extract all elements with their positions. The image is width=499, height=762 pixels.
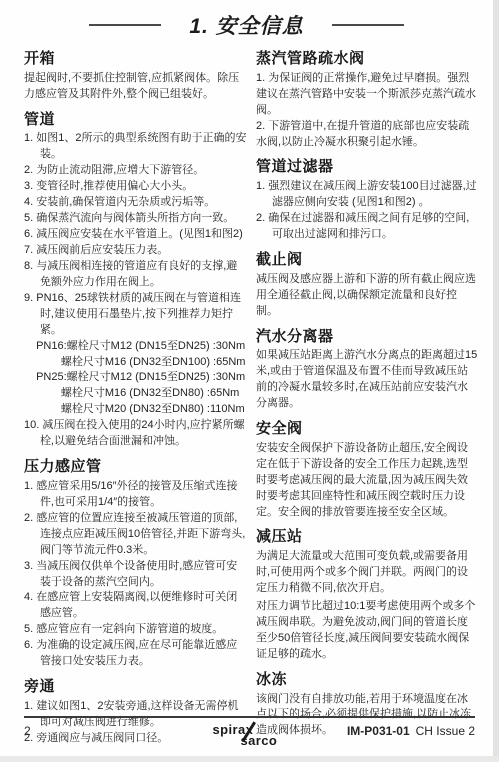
list-item: 8. 与减压阀相连接的管道应有良好的支撑,避免额外应力作用在阀上。 — [24, 259, 247, 291]
list-item: 2. 下游管道中,在提升管道的底部也应安装疏水阀,以防止冷凝水积聚引起水锤。 — [256, 119, 479, 151]
section-heading-steam-trap: 蒸汽管路疏水阀 — [256, 50, 479, 69]
section-heading-stop-valve: 截止阀 — [256, 251, 479, 270]
logo-text-sarco: sarco — [241, 734, 278, 747]
title-rule-right — [332, 24, 404, 26]
torque-spec-line: PN25:螺栓尺寸M12 (DN15至DN25) :30Nm — [24, 370, 247, 386]
right-column: 蒸汽管路疏水阀 1. 为保证阀的正常操作,避免过早磨损。强烈建议在蒸汽管路中安装… — [256, 44, 479, 747]
list-item: 4. 在感应管上安装隔离阀,以便维修时可关闭感应管。 — [24, 590, 247, 622]
paragraph: 提起阀时,不要抓住控制管,应抓紧阀体。除压力感应管及其附件外,整个阀已组装好。 — [24, 71, 247, 103]
list-item: 1. 感应管采用5/16″外径的接管及压缩式连接件,也可采用1/4″的接管。 — [24, 479, 247, 511]
list-item: 3. 当减压阀仅供单个设备使用时,感应管可安装于设备的蒸汽空间内。 — [24, 559, 247, 591]
section-heading-reducing-station: 减压站 — [256, 528, 479, 547]
paragraph: 减压阀及感应器上游和下游的所有截止阀应选用全通径截止阀,以确保额定流量和良好控制… — [256, 272, 479, 320]
list-item: 9. PN16、25球铁材质的减压阀在与管道相连时,建议使用石墨垫片,按下列推荐… — [24, 291, 247, 339]
list-item: 2. 感应管的位置应连接至被减压管道的顶部,连接点应距减压阀10倍管径,并距下游… — [24, 511, 247, 559]
list-item: 5. 感应管应有一定斜向下游管道的坡度。 — [24, 622, 247, 638]
list-item: 5. 确保蒸汽流向与阀体箭头所指方向一致。 — [24, 211, 247, 227]
section-heading-piping: 管道 — [24, 111, 247, 130]
issue-label: CH Issue 2 — [416, 724, 475, 738]
list-item: 7. 减压阀前后应安装压力表。 — [24, 243, 247, 259]
scan-edge — [493, 0, 499, 762]
paragraph: 对压力调节比超过10:1要考虑使用两个或多个减压阀串联。为避免波动,阀门间的管道… — [256, 599, 479, 663]
spirax-sarco-logo: spirax sarco — [213, 722, 287, 748]
paragraph: 安装安全阀保护下游设备防止超压,安全阀设定在低于下游设备的安全工作压力起跳,选型… — [256, 441, 479, 521]
title-row: 1. 安全信息 — [0, 10, 493, 40]
list-item: 6. 为准确的设定减压阀,应在尽可能靠近感应管接口处安装压力表。 — [24, 638, 247, 670]
section-heading-strainer: 管道过滤器 — [256, 158, 479, 177]
section-heading-sensing-pipe: 压力感应管 — [24, 458, 247, 477]
list-item: 10. 减压阀在投入使用的24小时内,应拧紧所螺栓,以避免结合面泄漏和冲蚀。 — [24, 418, 247, 450]
torque-spec-line: PN16:螺栓尺寸M12 (DN15至DN25) :30Nm — [24, 339, 247, 355]
list-item: 6. 减压阀应安装在水平管道上。(见图1和图2) — [24, 227, 247, 243]
title-rule-left — [89, 24, 161, 26]
page-footer: 2 spirax sarco IM-P031-01CH Issue 2 — [24, 716, 475, 738]
list-item: 1. 如图1、2所示的典型系统图有助于正确的安装。 — [24, 131, 247, 163]
list-item: 2. 确保在过滤器和减压阀之间有足够的空间,可取出过滤网和排污口。 — [256, 211, 479, 243]
list-item: 4. 安装前,确保管道内无杂质或污垢等。 — [24, 195, 247, 211]
list-item: 2. 为防止流动阻滞,应增大下游管径。 — [24, 163, 247, 179]
torque-spec-line: 螺栓尺寸M20 (DN32至DN80) :110Nm — [24, 402, 247, 418]
paragraph: 如果减压站距离上游汽水分离点的距离超过15米,或由于管道保温及布置不佳而导致减压… — [256, 348, 479, 412]
doc-reference-code: IM-P031-01 — [347, 724, 410, 738]
section-heading-unpacking: 开箱 — [24, 50, 247, 69]
paragraph: 为满足大流量或大范围可变负载,或需要备用时,可使用两个或多个阀门并联。两阀门的设… — [256, 549, 479, 597]
left-column: 开箱 提起阀时,不要抓住控制管,应抓紧阀体。除压力感应管及其附件外,整个阀已组装… — [24, 44, 247, 747]
scan-edge — [0, 756, 499, 762]
list-item: 3. 变管径时,推荐使用偏心大小头。 — [24, 179, 247, 195]
list-item: 1. 为保证阀的正常操作,避免过早磨损。强烈建议在蒸汽管路中安装一个斯派莎克蒸汽… — [256, 71, 479, 119]
document-page: 1. 安全信息 开箱 提起阀时,不要抓住控制管,应抓紧阀体。除压力感应管及其附件… — [0, 0, 493, 756]
section-heading-separator: 汽水分离器 — [256, 328, 479, 347]
section-heading-bypass: 旁通 — [24, 678, 247, 697]
section-heading-freezing: 冰冻 — [256, 671, 479, 690]
section-heading-safety-valve: 安全阀 — [256, 420, 479, 439]
doc-reference: IM-P031-01CH Issue 2 — [347, 724, 475, 738]
torque-spec-line: 螺栓尺寸M16 (DN32至DN100) :65Nm — [24, 355, 247, 371]
page-number: 2 — [24, 724, 31, 738]
torque-spec-line: 螺栓尺寸M16 (DN32至DN80) :65Nm — [24, 386, 247, 402]
list-item: 1. 强烈建议在减压阀上游安装100目过滤器,过滤器应侧向安装 (见图1和图2)… — [256, 179, 479, 211]
page-title: 1. 安全信息 — [189, 10, 303, 40]
two-column-layout: 开箱 提起阀时,不要抓住控制管,应抓紧阀体。除压力感应管及其附件外,整个阀已组装… — [0, 40, 493, 747]
